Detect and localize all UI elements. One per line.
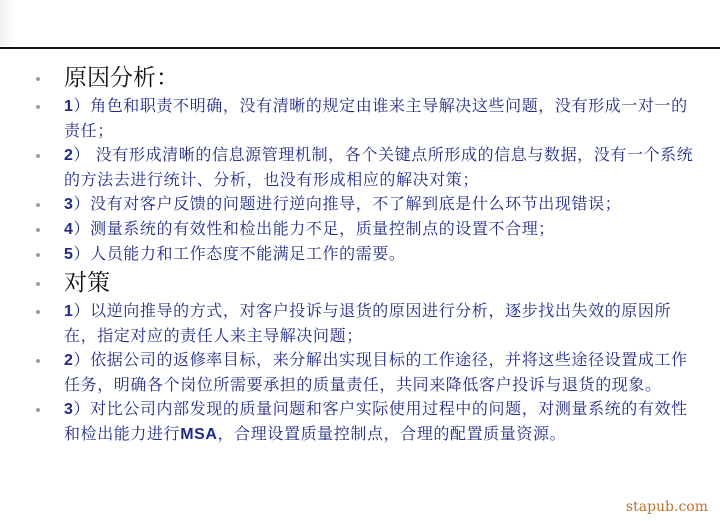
- item-text: ） 没有形成清晰的信息源管理机制，各个关键点所形成的信息与数据，没有一个系统的方…: [64, 145, 693, 189]
- item-number: 4: [64, 221, 74, 238]
- item-text: ）角色和职责不明确，没有清晰的规定由谁来主导解决这些问题，没有形成一对一的责任；: [64, 96, 688, 140]
- item-text: ，合理设置质量控制点，合理的配置质量资源。: [218, 424, 567, 443]
- bullet-icon: [36, 228, 40, 232]
- item-text: ）人员能力和工作态度不能满足工作的需要。: [74, 244, 406, 263]
- bullet-icon: [36, 154, 40, 158]
- bullet-icon: [36, 253, 40, 257]
- bullet-icon: [36, 77, 40, 81]
- item-number: 2: [64, 352, 74, 369]
- slide-content: 原因分析： 1）角色和职责不明确，没有清晰的规定由谁来主导解决这些问题，没有形成…: [0, 62, 720, 447]
- section-heading-countermeasures: 对策: [0, 267, 720, 299]
- section-heading-cause-analysis: 原因分析：: [0, 62, 720, 94]
- bullet-icon: [36, 105, 40, 109]
- bullet-icon: [36, 282, 40, 286]
- list-item: 3）对比公司内部发现的质量问题和客户实际使用过程中的问题，对测量系统的有效性和检…: [0, 397, 720, 447]
- corner-decoration: [0, 0, 18, 46]
- slide-header-area: [0, 0, 720, 47]
- bullet-icon: [36, 203, 40, 207]
- item-number: 1: [64, 98, 74, 115]
- list-item: 3）没有对客户反馈的问题进行逆向推导，不了解到底是什么环节出现错误；: [0, 192, 720, 217]
- list-item: 2）依据公司的返修率目标，来分解出实现目标的工作途径，并将这些途径设置成工作任务…: [0, 348, 720, 397]
- item-number: 3: [64, 401, 74, 418]
- item-number: 1: [64, 303, 74, 320]
- watermark: stapub.com: [626, 499, 708, 515]
- item-text: ）依据公司的返修率目标，来分解出实现目标的工作途径，并将这些途径设置成工作任务，…: [64, 350, 688, 394]
- item-number: 2: [64, 147, 74, 164]
- bullet-icon: [36, 310, 40, 314]
- list-item: 1）以逆向推导的方式，对客户投诉与退货的原因进行分析，逐步找出失效的原因所在，指…: [0, 299, 720, 348]
- list-item: 1）角色和职责不明确，没有清晰的规定由谁来主导解决这些问题，没有形成一对一的责任…: [0, 94, 720, 143]
- item-text: ）测量系统的有效性和检出能力不足，质量控制点的设置不合理；: [74, 219, 555, 238]
- item-text: ）没有对客户反馈的问题进行逆向推导，不了解到底是什么环节出现错误；: [74, 194, 622, 213]
- bullet-icon: [36, 408, 40, 412]
- list-item: 5）人员能力和工作态度不能满足工作的需要。: [0, 242, 720, 267]
- list-item: 4）测量系统的有效性和检出能力不足，质量控制点的设置不合理；: [0, 217, 720, 242]
- item-text: ）以逆向推导的方式，对客户投诉与退货的原因进行分析，逐步找出失效的原因所在，指定…: [64, 301, 671, 345]
- list-item: 2） 没有形成清晰的信息源管理机制，各个关键点所形成的信息与数据，没有一个系统的…: [0, 143, 720, 192]
- header-divider: [0, 47, 720, 49]
- bullet-icon: [36, 359, 40, 363]
- item-number: 3: [64, 196, 74, 213]
- item-text-bold: MSA: [180, 426, 217, 443]
- item-number: 5: [64, 246, 74, 263]
- heading-text: 原因分析：: [64, 65, 179, 91]
- heading-text: 对策: [64, 270, 110, 296]
